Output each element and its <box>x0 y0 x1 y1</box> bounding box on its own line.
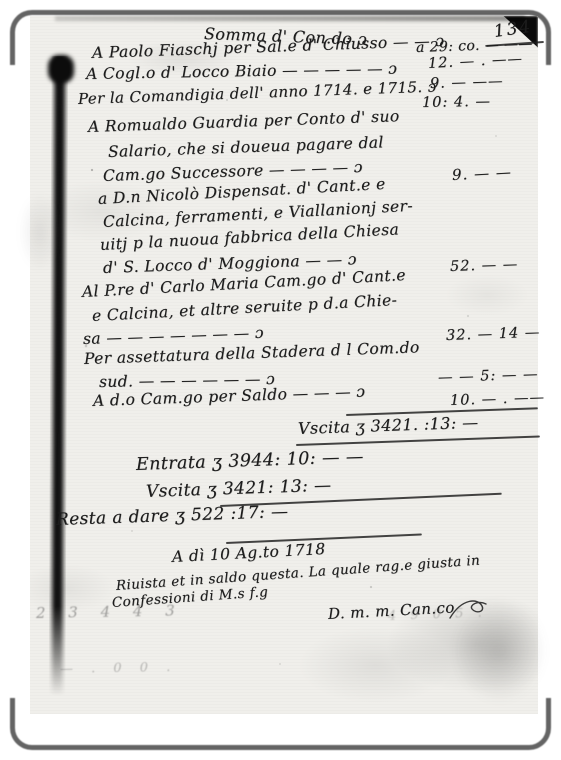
entry-amount: 10: 4. — <box>422 95 491 111</box>
stain-left-margin <box>18 192 62 272</box>
entry-amount: 10. — . —— <box>450 391 545 409</box>
gutter-shadow-top <box>48 55 74 83</box>
ghost-digits-left-2: — . 0 0 . <box>60 660 178 677</box>
entry-amount: — — 5: — — <box>438 367 539 385</box>
ghost-digits-left: 2 3 4 4 3 <box>36 601 184 622</box>
entry-amount: 9. — — <box>452 165 513 183</box>
gutter-shadow <box>49 56 69 696</box>
entry-amount: 9. — —— <box>430 74 504 91</box>
entry-amount: 32. — 14 — <box>446 326 541 344</box>
top-edge-shadow <box>55 16 525 21</box>
entry-amount: 52. — — <box>450 258 519 275</box>
screenshot-root: { "manuscript": { "folio_number": "134",… <box>0 0 561 760</box>
